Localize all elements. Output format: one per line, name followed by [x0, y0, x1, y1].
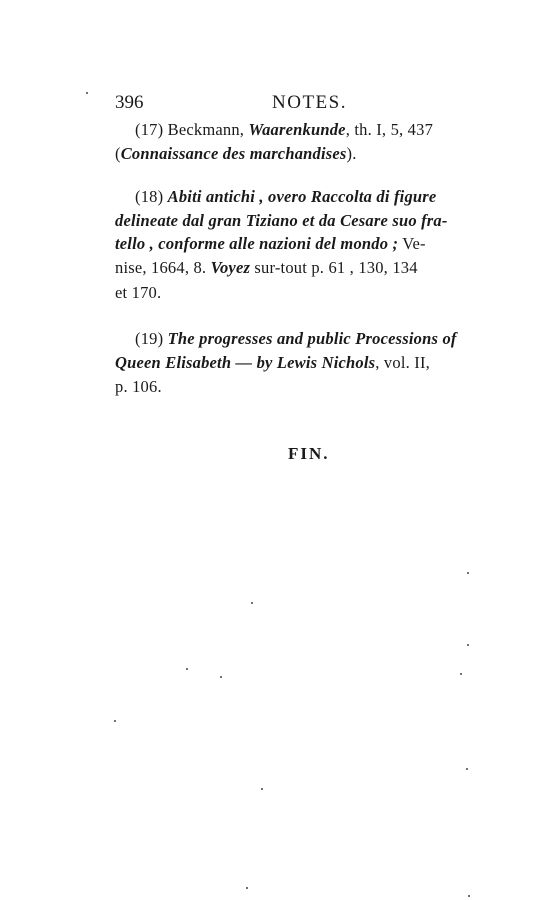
scan-speck — [86, 92, 88, 94]
note-18-line-1: (18) Abiti antichi , overo Raccolta di f… — [135, 187, 436, 207]
note-19-line-1: (19) The progresses and public Processio… — [135, 329, 457, 349]
note-19-line-2: Queen Elisabeth — by Lewis Nichols, vol.… — [115, 353, 430, 373]
scan-speck — [468, 895, 470, 897]
scan-speck — [467, 572, 469, 574]
note-18-voyez: Voyez — [211, 258, 251, 277]
note-19-number: (19) — [135, 329, 168, 348]
scan-speck — [460, 673, 462, 675]
note-17-number-author: (17) Beckmann, — [135, 120, 248, 139]
note-18-line-5: et 170. — [115, 283, 161, 303]
closing-fin: FIN. — [288, 444, 330, 464]
scan-speck — [466, 768, 468, 770]
note-18-place: Ve- — [398, 234, 426, 253]
scan-speck — [251, 602, 253, 604]
note-17-title: Waarenkunde — [248, 120, 345, 139]
scan-speck — [467, 644, 469, 646]
scan-speck — [114, 720, 116, 722]
note-19-title-cont: Queen Elisabeth — by Lewis Nichols — [115, 353, 375, 372]
note-17-subtitle: Connaissance des marchandises — [121, 144, 347, 163]
paren-close: ). — [347, 144, 357, 163]
scan-speck — [186, 668, 188, 670]
note-18-title-cont: tello , conforme alle nazioni del mondo … — [115, 234, 398, 253]
note-18-line-4: nise, 1664, 8. Voyez sur-tout p. 61 , 13… — [115, 258, 418, 278]
page-number: 396 — [115, 92, 144, 114]
scan-speck — [246, 887, 248, 889]
note-19-volume: , vol. II, — [375, 353, 430, 372]
note-18-line-2: delineate dal gran Tiziano et da Cesare … — [115, 211, 448, 231]
running-title: NOTES. — [272, 92, 347, 114]
note-17-ref: , th. I, 5, 437 — [346, 120, 433, 139]
note-17-line-2: (Connaissance des marchandises). — [115, 144, 357, 164]
note-18-title: Abiti antichi , overo Raccolta di figure — [168, 187, 437, 206]
note-17-line-1: (17) Beckmann, Waarenkunde, th. I, 5, 43… — [135, 120, 433, 140]
note-19-title: The progresses and public Processions of — [168, 329, 457, 348]
note-18-number: (18) — [135, 187, 168, 206]
note-18-line-3: tello , conforme alle nazioni del mondo … — [115, 234, 426, 254]
book-page: 396 NOTES. (17) Beckmann, Waarenkunde, t… — [0, 0, 539, 900]
note-18-pages: sur-tout p. 61 , 130, 134 — [250, 258, 418, 277]
note-19-line-3: p. 106. — [115, 377, 162, 397]
scan-speck — [261, 788, 263, 790]
note-18-date: nise, 1664, 8. — [115, 258, 211, 277]
scan-speck — [220, 676, 222, 678]
